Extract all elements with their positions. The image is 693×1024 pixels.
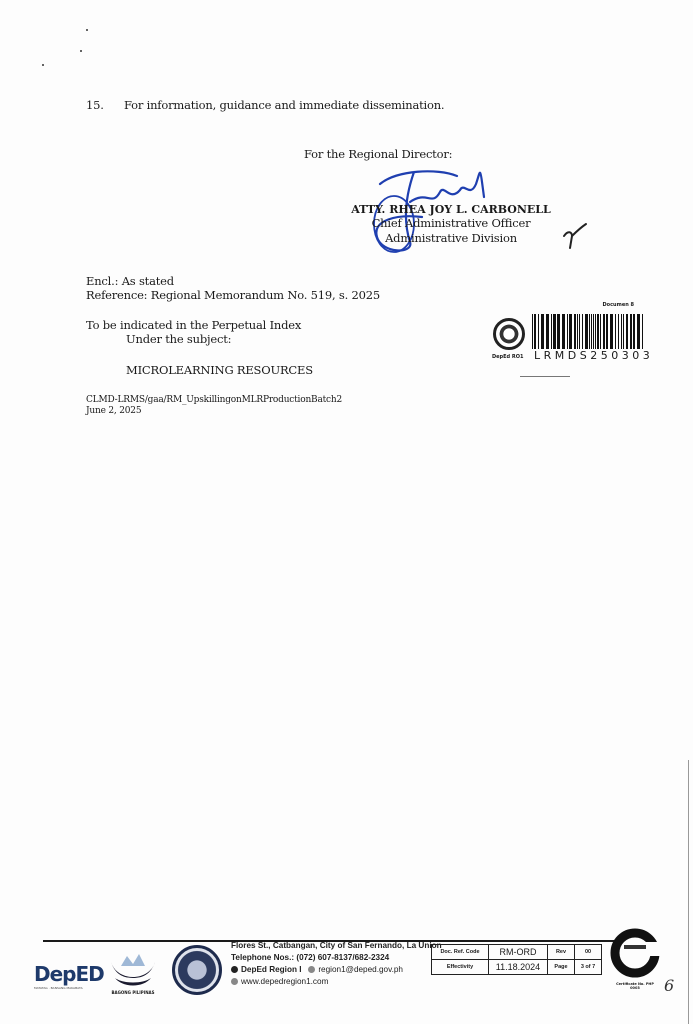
perpetual-index-block: To be indicated in the Perpetual Index U…: [86, 318, 301, 346]
scan-speck: [80, 50, 82, 52]
barcode-code: LRMDS250303: [534, 349, 653, 362]
perpetual-index-line: To be indicated in the Perpetual Index: [86, 318, 301, 332]
subject-line: MICROLEARNING RESOURCES: [126, 363, 313, 377]
signatory-block: ATTY. RHEA JOY L. CARBONELL Chief Admini…: [340, 203, 562, 246]
file-code-block: CLMD-LRMS/gaa/RM_UpskillingonMLRProducti…: [86, 395, 342, 417]
signatory-division: Administrative Division: [340, 231, 562, 246]
rev-label: Rev: [548, 945, 575, 960]
bagong-pilipinas-caption: BAGONG PILIPINAS: [107, 990, 159, 995]
file-code: CLMD-LRMS/gaa/RM_UpskillingonMLRProducti…: [86, 395, 342, 406]
website-link[interactable]: www.depedregion1.com: [241, 977, 328, 986]
facebook-page[interactable]: DepEd Region I: [241, 965, 302, 974]
doc-ref-value: RM-ORD: [489, 945, 548, 960]
barcode-label: Documen 8: [603, 302, 635, 308]
bagong-pilipinas-emblem-icon: [107, 952, 159, 990]
under-subject-line: Under the subject:: [86, 332, 301, 346]
document-barcode: Documen 8 DepEd RO1 LRMDS250303: [490, 302, 650, 372]
memo-date: June 2, 2025: [86, 406, 342, 417]
deped-logo: DepED MATATAG · BANSANG MAKABATA: [34, 960, 96, 990]
scan-speck: [86, 29, 88, 31]
paragraph-15: 15.For information, guidance and immedia…: [86, 98, 444, 112]
deped-logo-text: DepED: [34, 962, 104, 986]
deped-seal-icon: [493, 318, 525, 350]
initial-mark-icon: [560, 222, 588, 252]
effectivity-label: Effectivity: [432, 960, 489, 975]
enclosure-block: Encl.: As stated Reference: Regional Mem…: [86, 274, 380, 302]
enclosure-line: Encl.: As stated: [86, 274, 380, 288]
email-icon: [308, 966, 315, 973]
barcode-seal-caption: DepEd RO1: [492, 354, 523, 360]
document-reference-table: Doc. Ref. Code RM-ORD Rev 00 Effectivity…: [431, 944, 602, 975]
address: Flores St., Catbangan, City of San Ferna…: [231, 940, 442, 952]
iso-certification-icon: [610, 928, 660, 978]
deped-tagline: MATATAG · BANSANG MAKABATA: [34, 986, 94, 990]
email-link[interactable]: region1@deped.gov.ph: [318, 965, 403, 974]
facebook-icon: [231, 966, 238, 973]
scan-speck: [42, 64, 44, 66]
page-value: 3 of 7: [575, 960, 602, 975]
deped-region-seal-icon: [172, 945, 222, 995]
rev-value: 00: [575, 945, 602, 960]
reference-line: Reference: Regional Memorandum No. 519, …: [86, 288, 380, 302]
signatory-title: Chief Administrative Officer: [340, 216, 562, 231]
paragraph-number: 15.: [86, 98, 124, 112]
effectivity-value: 11.18.2024: [489, 960, 548, 975]
handwritten-page-number: 6: [664, 976, 674, 995]
bagong-pilipinas-logo: BAGONG PILIPINAS: [107, 952, 159, 998]
signatory-name: ATTY. RHEA JOY L. CARBONELL: [340, 203, 562, 216]
barcode-icon: [532, 314, 644, 349]
iso-certificate-number: Certificate No. PHP 0003: [612, 982, 658, 990]
doc-ref-label: Doc. Ref. Code: [432, 945, 489, 960]
divider: [520, 376, 570, 377]
paragraph-text: For information, guidance and immediate …: [124, 98, 444, 112]
page-label: Page: [548, 960, 575, 975]
page-edge: [688, 760, 689, 1024]
contact-info: Flores St., Catbangan, City of San Ferna…: [231, 940, 442, 988]
globe-icon: [231, 978, 238, 985]
closing-line: For the Regional Director:: [304, 147, 452, 161]
telephone: Telephone Nos.: (072) 607-8137/682-2324: [231, 952, 442, 964]
